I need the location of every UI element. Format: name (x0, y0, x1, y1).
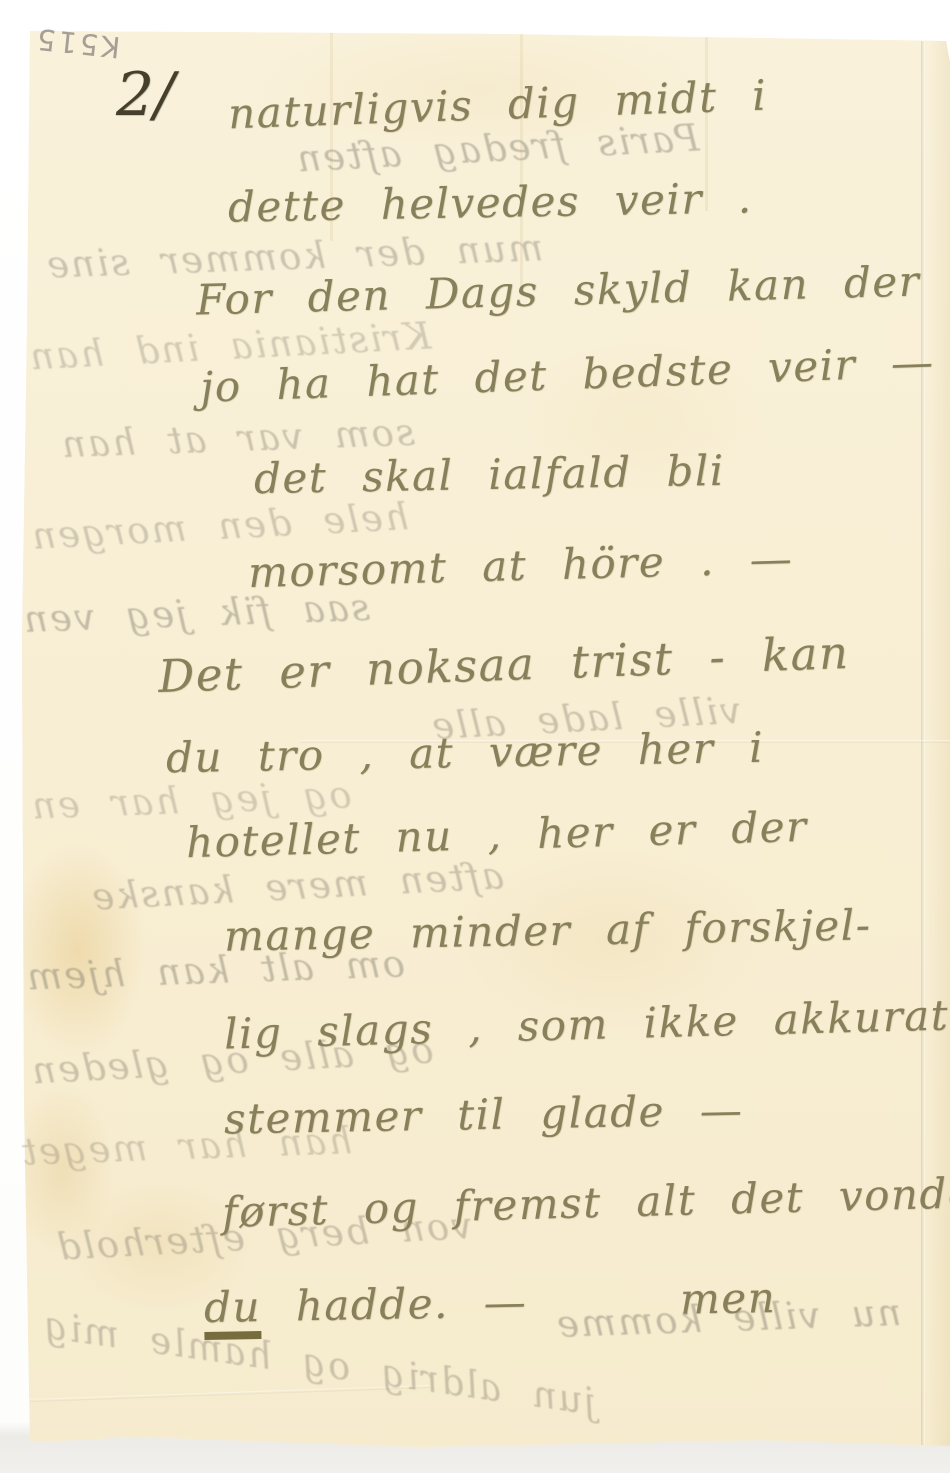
last-line-rest: hadde. — (295, 1277, 527, 1330)
letter-line-last: du hadde. — men (204, 1277, 777, 1340)
last-line-trailing-word: men (680, 1273, 777, 1324)
fold-crease-vertical (921, 41, 925, 1445)
letter-line: det skal ialfald bli (254, 450, 725, 500)
bleedthrough-line: saa fik jeg ven (21, 589, 370, 638)
letter-line: mange minder af forskjel- (224, 904, 872, 957)
letter-line: dette helvedes veir . (228, 177, 753, 228)
page-number: 2/ (116, 60, 174, 130)
underlined-word: du (204, 1286, 262, 1340)
scan-background: Paris fredag aften mun der kommer sine K… (0, 0, 950, 1473)
letter-line: stemmer til glade — (224, 1089, 744, 1140)
letter-line: du tro , at være her i (166, 727, 765, 779)
